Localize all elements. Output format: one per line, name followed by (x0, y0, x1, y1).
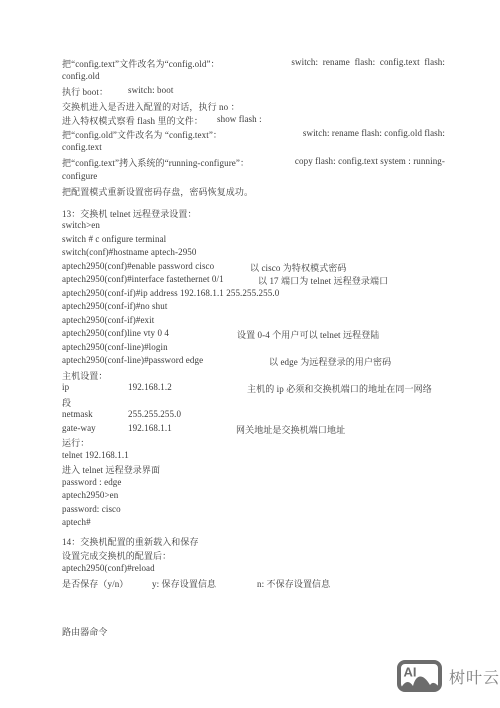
doc-text: 192.168.1.1 (128, 423, 172, 433)
doc-text: ip (62, 382, 69, 392)
doc-text: gate-way (62, 423, 96, 433)
doc-line: 把“config.text”拷入系统的“running-configure”：c… (62, 156, 445, 170)
doc-text: 进入 telnet 远程登录界面 (62, 463, 160, 476)
doc-text: switch>en (62, 220, 100, 230)
doc-text: switch: boot (128, 85, 173, 95)
doc-text: password: cisco (62, 504, 121, 514)
document-content: 把“config.text”文件改名为“config.old”：switch: … (62, 57, 445, 639)
doc-text: 192.168.1.2 (128, 382, 172, 392)
doc-line: aptech2950(conf-line)#login (62, 342, 445, 356)
doc-line: aptech2950(conf-if)#ip address 192.168.1… (62, 288, 445, 302)
doc-line: 把“config.old”文件改名为 “config.text”：switch:… (62, 128, 445, 142)
doc-line: switch>en (62, 220, 445, 234)
doc-line: aptech2950(conf-if)#exit (62, 315, 445, 329)
ai-image-icon: AI (397, 660, 442, 692)
doc-text: 把“config.text”文件改名为“config.old”： (62, 57, 220, 71)
doc-text: switch # c onfigure terminal (62, 234, 166, 244)
doc-text: 执行 boot： (62, 85, 108, 98)
doc-line: 14：交换机配置的重新载入和保存 (62, 535, 445, 549)
doc-text: aptech# (62, 517, 91, 527)
doc-line: 路由器命令 (62, 625, 445, 639)
doc-line: switch # c onfigure terminal (62, 234, 445, 248)
doc-line: password : edge (62, 477, 445, 491)
doc-line: 把配置模式重新设置密码存盘，密码恢复成功。 (62, 185, 445, 199)
doc-line: ip192.168.1.2主机的 ip 必须和交换机端口的地址在同一网络 (62, 382, 445, 396)
doc-text: configure (62, 171, 97, 181)
doc-text: config.old (62, 71, 100, 81)
doc-line: 是否保存（y/n）y: 保存设置信息n: 不保存设置信息 (62, 577, 445, 591)
section-telnet-login-setup: 13：交换机 telnet 远程登录设置：switch>enswitch # c… (62, 207, 445, 531)
doc-line: 交换机进入是否进入配置的对话，执行 no ： (62, 100, 445, 114)
doc-line: aptech2950(conf)#reload (62, 563, 445, 577)
doc-line: aptech2950(conf)#interface fastethernet … (62, 274, 445, 288)
doc-text: aptech2950(conf-line)#login (62, 342, 168, 352)
doc-line: switch(conf)#hostname aptech-2950 (62, 247, 445, 261)
doc-text: 主机的 ip 必须和交换机端口的地址在同一网络 (247, 382, 432, 395)
doc-line: configure (62, 171, 445, 185)
doc-text: 255.255.255.0 (128, 409, 181, 419)
doc-text: netmask (62, 409, 93, 419)
doc-line: config.text (62, 142, 445, 156)
doc-text: 是否保存（y/n） (62, 577, 128, 590)
doc-text: 进入特权模式察看 flash 里的文件： (62, 114, 203, 127)
doc-line: aptech2950(conf-if)#no shut (62, 301, 445, 315)
doc-text: 以 17 端口为 telnet 远程登录端口 (258, 274, 388, 287)
doc-text: copy flash: config.text system : running… (295, 156, 445, 170)
doc-line: 段 (62, 396, 445, 410)
doc-text: aptech2950(conf)#interface fastethernet … (62, 274, 224, 284)
doc-text: 运行： (62, 436, 89, 449)
doc-line: 13：交换机 telnet 远程登录设置： (62, 207, 445, 221)
doc-text: n: 不保存设置信息 (257, 577, 330, 590)
doc-line: 主机设置： (62, 369, 445, 383)
doc-text: 以 cisco 为特权模式密码 (250, 261, 347, 274)
doc-line: password: cisco (62, 504, 445, 518)
doc-text: 主机设置： (62, 369, 108, 382)
watermark-brand-text: 树叶云 (449, 665, 500, 688)
doc-text: show flash : (217, 114, 262, 124)
doc-text: 14：交换机配置的重新载入和保存 (62, 535, 199, 548)
doc-line: telnet 192.168.1.1 (62, 450, 445, 464)
doc-line: aptech2950>en (62, 490, 445, 504)
doc-line: aptech2950(conf)#enable password cisco以 … (62, 261, 445, 275)
doc-text: aptech2950>en (62, 490, 118, 500)
document-page: 把“config.text”文件改名为“config.old”：switch: … (0, 0, 500, 708)
section-router-commands-heading: 路由器命令 (62, 625, 445, 639)
doc-text: aptech2950(conf)#reload (62, 563, 155, 573)
doc-text: y: 保存设置信息 (152, 577, 216, 590)
doc-text: password : edge (62, 477, 122, 487)
doc-text: 路由器命令 (62, 625, 108, 638)
doc-text: aptech2950(conf)line vty 0 4 (62, 328, 169, 338)
doc-text: 设置 0-4 个用户可以 telnet 远程登陆 (237, 328, 379, 341)
doc-text: 把“config.old”文件改名为 “config.text”： (62, 128, 222, 142)
doc-text: telnet 192.168.1.1 (62, 450, 129, 460)
doc-text: aptech2950(conf-if)#ip address 192.168.1… (62, 288, 279, 298)
doc-line: gate-way192.168.1.1网关地址是交换机端口地址 (62, 423, 445, 437)
doc-text: 交换机进入是否进入配置的对话，执行 no ： (62, 100, 240, 113)
doc-line: 执行 boot：switch: boot (62, 85, 445, 99)
doc-text: 设置完成交换机的配置后： (62, 549, 171, 562)
doc-text: 以 edge 为远程登录的用户密码 (269, 355, 391, 368)
doc-text: aptech2950(conf)#enable password cisco (62, 261, 214, 271)
doc-text: aptech2950(conf-line)#password edge (62, 355, 203, 365)
doc-line: aptech2950(conf-line)#password edge以 edg… (62, 355, 445, 369)
svg-text:AI: AI (404, 665, 417, 680)
doc-text: 13：交换机 telnet 远程登录设置： (62, 207, 197, 220)
doc-line: aptech# (62, 517, 445, 531)
doc-line: aptech2950(conf)line vty 0 4设置 0-4 个用户可以… (62, 328, 445, 342)
doc-text: aptech2950(conf-if)#exit (62, 315, 154, 325)
doc-text: aptech2950(conf-if)#no shut (62, 301, 167, 311)
doc-line: 设置完成交换机的配置后： (62, 549, 445, 563)
doc-line: 进入 telnet 远程登录界面 (62, 463, 445, 477)
doc-text: 段 (62, 396, 71, 409)
doc-line: 运行： (62, 436, 445, 450)
doc-text: switch(conf)#hostname aptech-2950 (62, 247, 197, 257)
doc-text: switch: rename flash: config.old flash: (303, 128, 445, 142)
doc-line: netmask255.255.255.0 (62, 409, 445, 423)
section-reload-save: 14：交换机配置的重新载入和保存设置完成交换机的配置后：aptech2950(c… (62, 535, 445, 592)
section-password-recovery: 把“config.text”文件改名为“config.old”：switch: … (62, 57, 445, 199)
doc-text: 网关地址是交换机端口地址 (236, 423, 345, 436)
doc-line: 把“config.text”文件改名为“config.old”：switch: … (62, 57, 445, 71)
watermark: AI 树叶云 (397, 660, 500, 692)
doc-text: 把配置模式重新设置密码存盘，密码恢复成功。 (62, 185, 253, 198)
doc-text: switch: rename flash: config.text flash: (291, 57, 445, 71)
doc-text: config.text (62, 142, 102, 152)
doc-text: 把“config.text”拷入系统的“running-configure”： (62, 156, 249, 170)
doc-line: 进入特权模式察看 flash 里的文件：show flash : (62, 114, 445, 128)
doc-line: config.old (62, 71, 445, 85)
